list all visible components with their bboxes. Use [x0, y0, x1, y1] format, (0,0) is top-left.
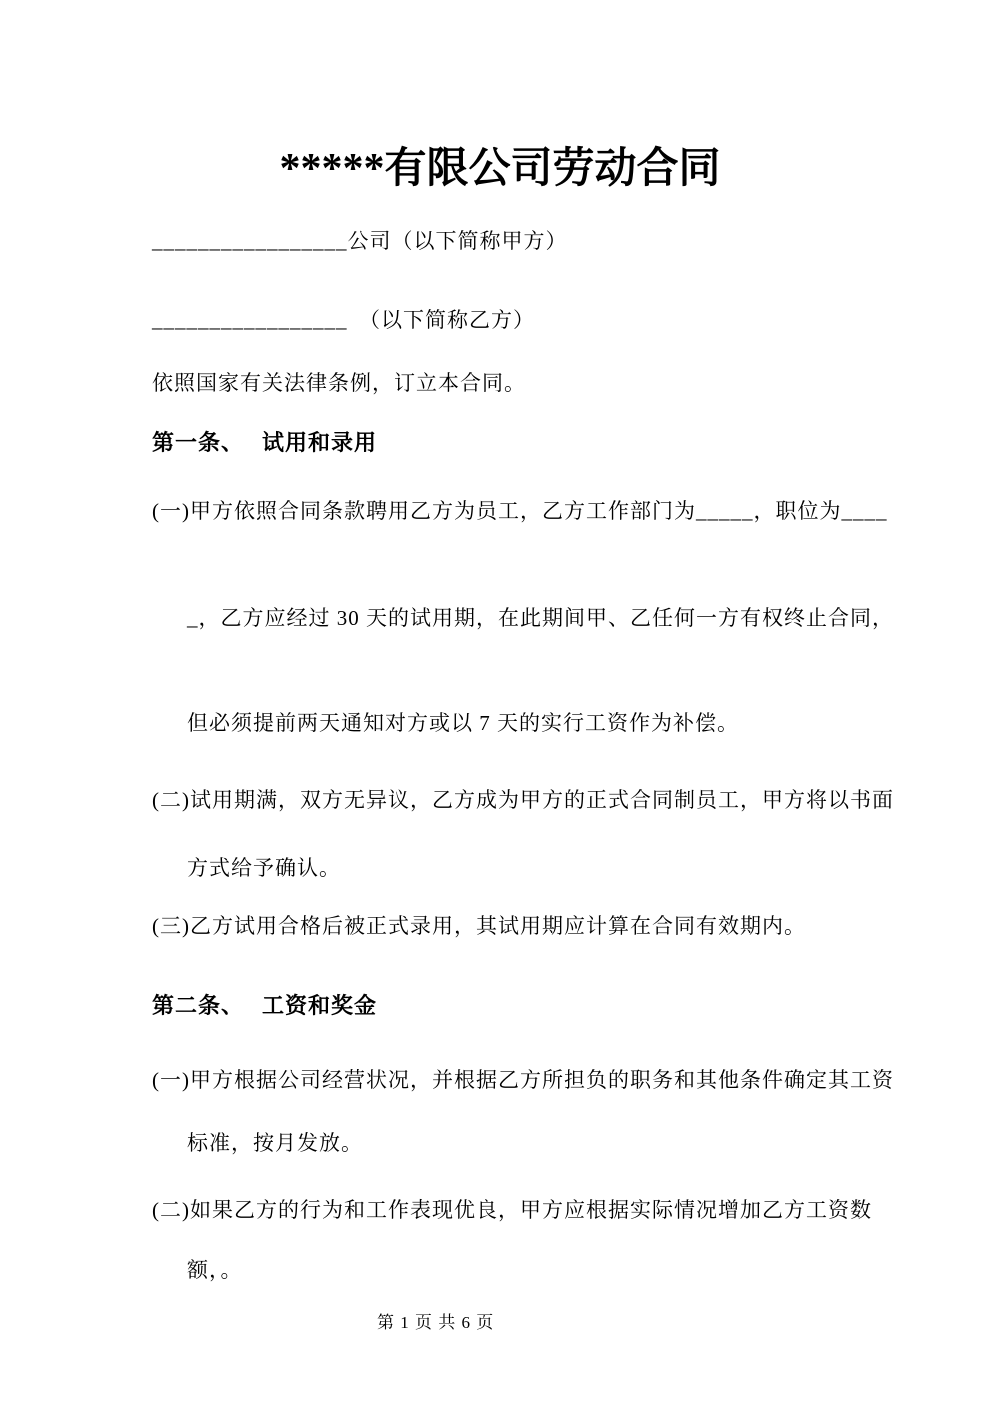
- article-1-clause-2-line-1: (二)试用期满，双方无异议，乙方成为甲方的正式合同制员工，甲方将以书面: [152, 787, 894, 814]
- party-a-blank: _________________: [152, 229, 348, 253]
- article-1-heading: 第一条、试用和录用: [152, 429, 377, 457]
- party-a-line: _________________公司（以下简称甲方）: [152, 228, 568, 255]
- article-2-title: 工资和奖金: [262, 993, 377, 1018]
- article-2-clause-2-line-1: (二)如果乙方的行为和工作表现优良，甲方应根据实际情况增加乙方工资数: [152, 1197, 872, 1224]
- article-2-number: 第二条、: [152, 993, 244, 1018]
- contract-page: *****有限公司劳动合同 _________________公司（以下简称甲方…: [0, 0, 1000, 1415]
- party-a-label: 公司（以下简称甲方）: [348, 229, 568, 253]
- article-1-clause-2-line-2: 方式给予确认。: [187, 855, 341, 882]
- party-b-gap: [348, 308, 370, 332]
- article-2-heading: 第二条、工资和奖金: [152, 992, 377, 1020]
- document-title: *****有限公司劳动合同: [0, 144, 1000, 194]
- article-2-clause-1-line-1: (一)甲方根据公司经营状况，并根据乙方所担负的职务和其他条件确定其工资: [152, 1067, 894, 1094]
- page-number-footer: 第 1 页 共 6 页: [377, 1313, 494, 1333]
- article-1-clause-3-line-1: (三)乙方试用合格后被正式录用，其试用期应计算在合同有效期内。: [152, 913, 806, 940]
- preamble-line: 依照国家有关法律条例，订立本合同。: [152, 370, 526, 397]
- article-1-title: 试用和录用: [262, 430, 377, 455]
- article-1-number: 第一条、: [152, 430, 244, 455]
- article-1-clause-1-line-2: _，乙方应经过 30 天的试用期，在此期间甲、乙任何一方有权终止合同，: [187, 605, 894, 632]
- article-1-clause-1-line-1: (一)甲方依照合同条款聘用乙方为员工，乙方工作部门为_____，职位为____: [152, 498, 887, 525]
- party-b-label: （以下简称乙方）: [370, 308, 536, 332]
- article-2-clause-2-line-2: 额，。: [187, 1257, 243, 1284]
- article-2-clause-1-line-2: 标准，按月发放。: [187, 1130, 363, 1157]
- party-b-blank: _________________: [152, 308, 348, 332]
- article-1-clause-1-line-3: 但必须提前两天通知对方或以 7 天的实行工资作为补偿。: [187, 710, 739, 737]
- party-b-line: _________________ （以下简称乙方）: [152, 307, 535, 334]
